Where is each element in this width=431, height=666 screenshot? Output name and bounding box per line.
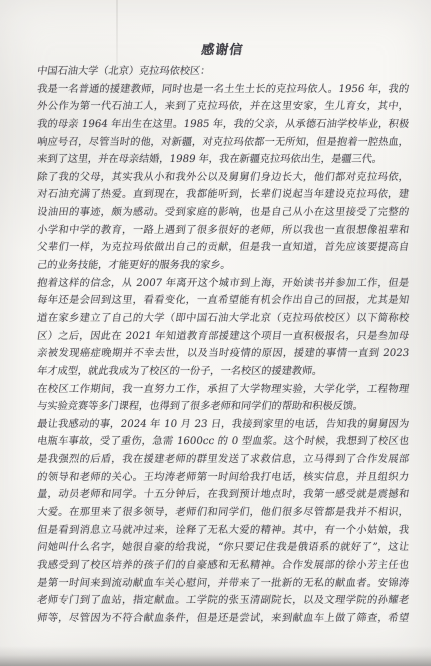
letter-line: 问她叫什么名字，她很自豪的给我说，“你只要记住我是俄语系的就好了”，这让 — [36, 539, 410, 557]
letter-line: 年才成型，就此我成为了校区的一份子，一名校区的援建教师。 — [36, 363, 410, 381]
letter-line: 是第一时间来到流动献血车关心慰问，并带来了一批新的无私的献血者。安锦涛 — [36, 575, 410, 593]
scan-edge-shadow — [0, 646, 431, 666]
letter-line: 老师专门到了血站，指定献血。工学院的张玉清副院长，以及文理学院的孙耀老 — [36, 592, 410, 610]
letter-line: 设油田的事迹，颇为感动。受到家庭的影响，也是自己从小在这里接受了完整的 — [36, 204, 410, 222]
letter-line: 在校区工作期间，我一直努力工作，承担了大学物理实验，大学化学，工程物理 — [36, 381, 410, 399]
letter-line: 的领导和老师的关心。王均涛老师第一时间给我打电话，核实信息，并且组织力 — [36, 469, 410, 487]
letter-line: 区）之后，因此在 2021 年知道教育部援建这个项目一直积极报名，只是叁加母 — [36, 328, 410, 346]
letter-line: 己的业务技能，才能更好的服务我的家乡。 — [36, 257, 410, 275]
letter-line: 是我强烈的后盾，我在援建老师的群里发送了求救信息，立马得到了合作发展部 — [36, 451, 410, 469]
letter-line: 外公作为第一代石油工人，来到了克拉玛依，并在这里安家，生儿育女，其中， — [36, 98, 410, 116]
letter-line: 响应号召，尽管当时的他，对新疆，对克拉玛依都一无所知，但是抱着一腔热血， — [36, 134, 410, 152]
letter-line: 对石油充满了热爱。直到现在，我都能听到，长辈们说起当年建设克拉玛依，建 — [36, 186, 410, 204]
letter-line: 我是一名普通的援建教师，同时也是一名土生土长的克拉玛依人。1956 年，我的 — [36, 81, 410, 99]
letter-salutation: 中国石油大学（北京）克拉玛依校区： — [36, 63, 410, 81]
letter-title: 感谢信 — [36, 39, 410, 58]
letter-line: 师等，尽管因为不符合献血条件，但是还是尝试，来到献血车上做了筛查，希望 — [36, 610, 410, 628]
letter-line: 除了我的父母，其实我从小和我外公以及舅舅们身边长大，他们都对克拉玛依， — [36, 169, 410, 187]
letter-line: 量，动员老师和同学。十五分钟后，在我到预计地点时，我第一感受就是震撼和 — [36, 486, 410, 504]
letter-body: 中国石油大学（北京）克拉玛依校区： 我是一名普通的援建教师，同时也是一名土生土长… — [37, 63, 409, 628]
letter-line: 电瓶车事故，受了重伤，急需 1600cc 的 0 型血浆。这个时候，我想到了校区… — [36, 433, 410, 451]
letter-line: 亲被发现癌症晚期并不幸去世，以及当时疫情的原因，援建的事情一直到 2023 — [36, 345, 410, 363]
letter-line: 来到了这里，并在母亲结婚，1989 年，我在新疆克拉玛依出生，是疆三代。 — [36, 151, 410, 169]
letter-line: 道在家乡建立了自己的大学（即中国石油大学北京（克拉玛依校区）以下简称校 — [36, 310, 410, 328]
letter-line: 每年还是会回到这里，看看变化，一直希望能有机会作出自己的回报，尤其是知 — [36, 292, 410, 310]
letter-line: 大爱。在那里来了很多领导，老师们和同学们，他们很多尽管都是我并不相识， — [36, 504, 410, 522]
letter-line: 我感受到了校区培养的孩子们的自豪感和无私精神。合作发展部的徐小芳主任也 — [36, 557, 410, 575]
letter-line: 但是看到消息立马就冲过来，诠释了无私大爱的精神。其中，有一个小姑娘，我 — [36, 522, 410, 540]
letter-line: 抱着这样的信念，从 2007 年离开这个城市到上海，开始读书并参加工作，但是 — [36, 275, 410, 293]
scanned-letter-page: 感谢信 中国石油大学（北京）克拉玛依校区： 我是一名普通的援建教师，同时也是一名… — [0, 0, 431, 666]
letter-line: 父辈们一样，为克拉玛依做出自己的贡献，但是我一直知道，首先应该要提高自 — [36, 239, 410, 257]
letter-line: 小学和中学的教育，一路上遇到了很多很好的老师，所以我也一直很想像祖辈和 — [36, 222, 410, 240]
letter-line: 我的母亲 1964 年出生在这里。1985 年，我的父亲，从承德石油学校毕业，积… — [36, 116, 410, 134]
letter-line: 最让我感动的事，2024 年 10 月 23 日，我接到家里的电话，告知我的舅舅… — [36, 416, 410, 434]
letter-line: 与实验竞赛等多门课程，也得到了很多老师和同学们的帮助和积极反馈。 — [36, 398, 410, 416]
